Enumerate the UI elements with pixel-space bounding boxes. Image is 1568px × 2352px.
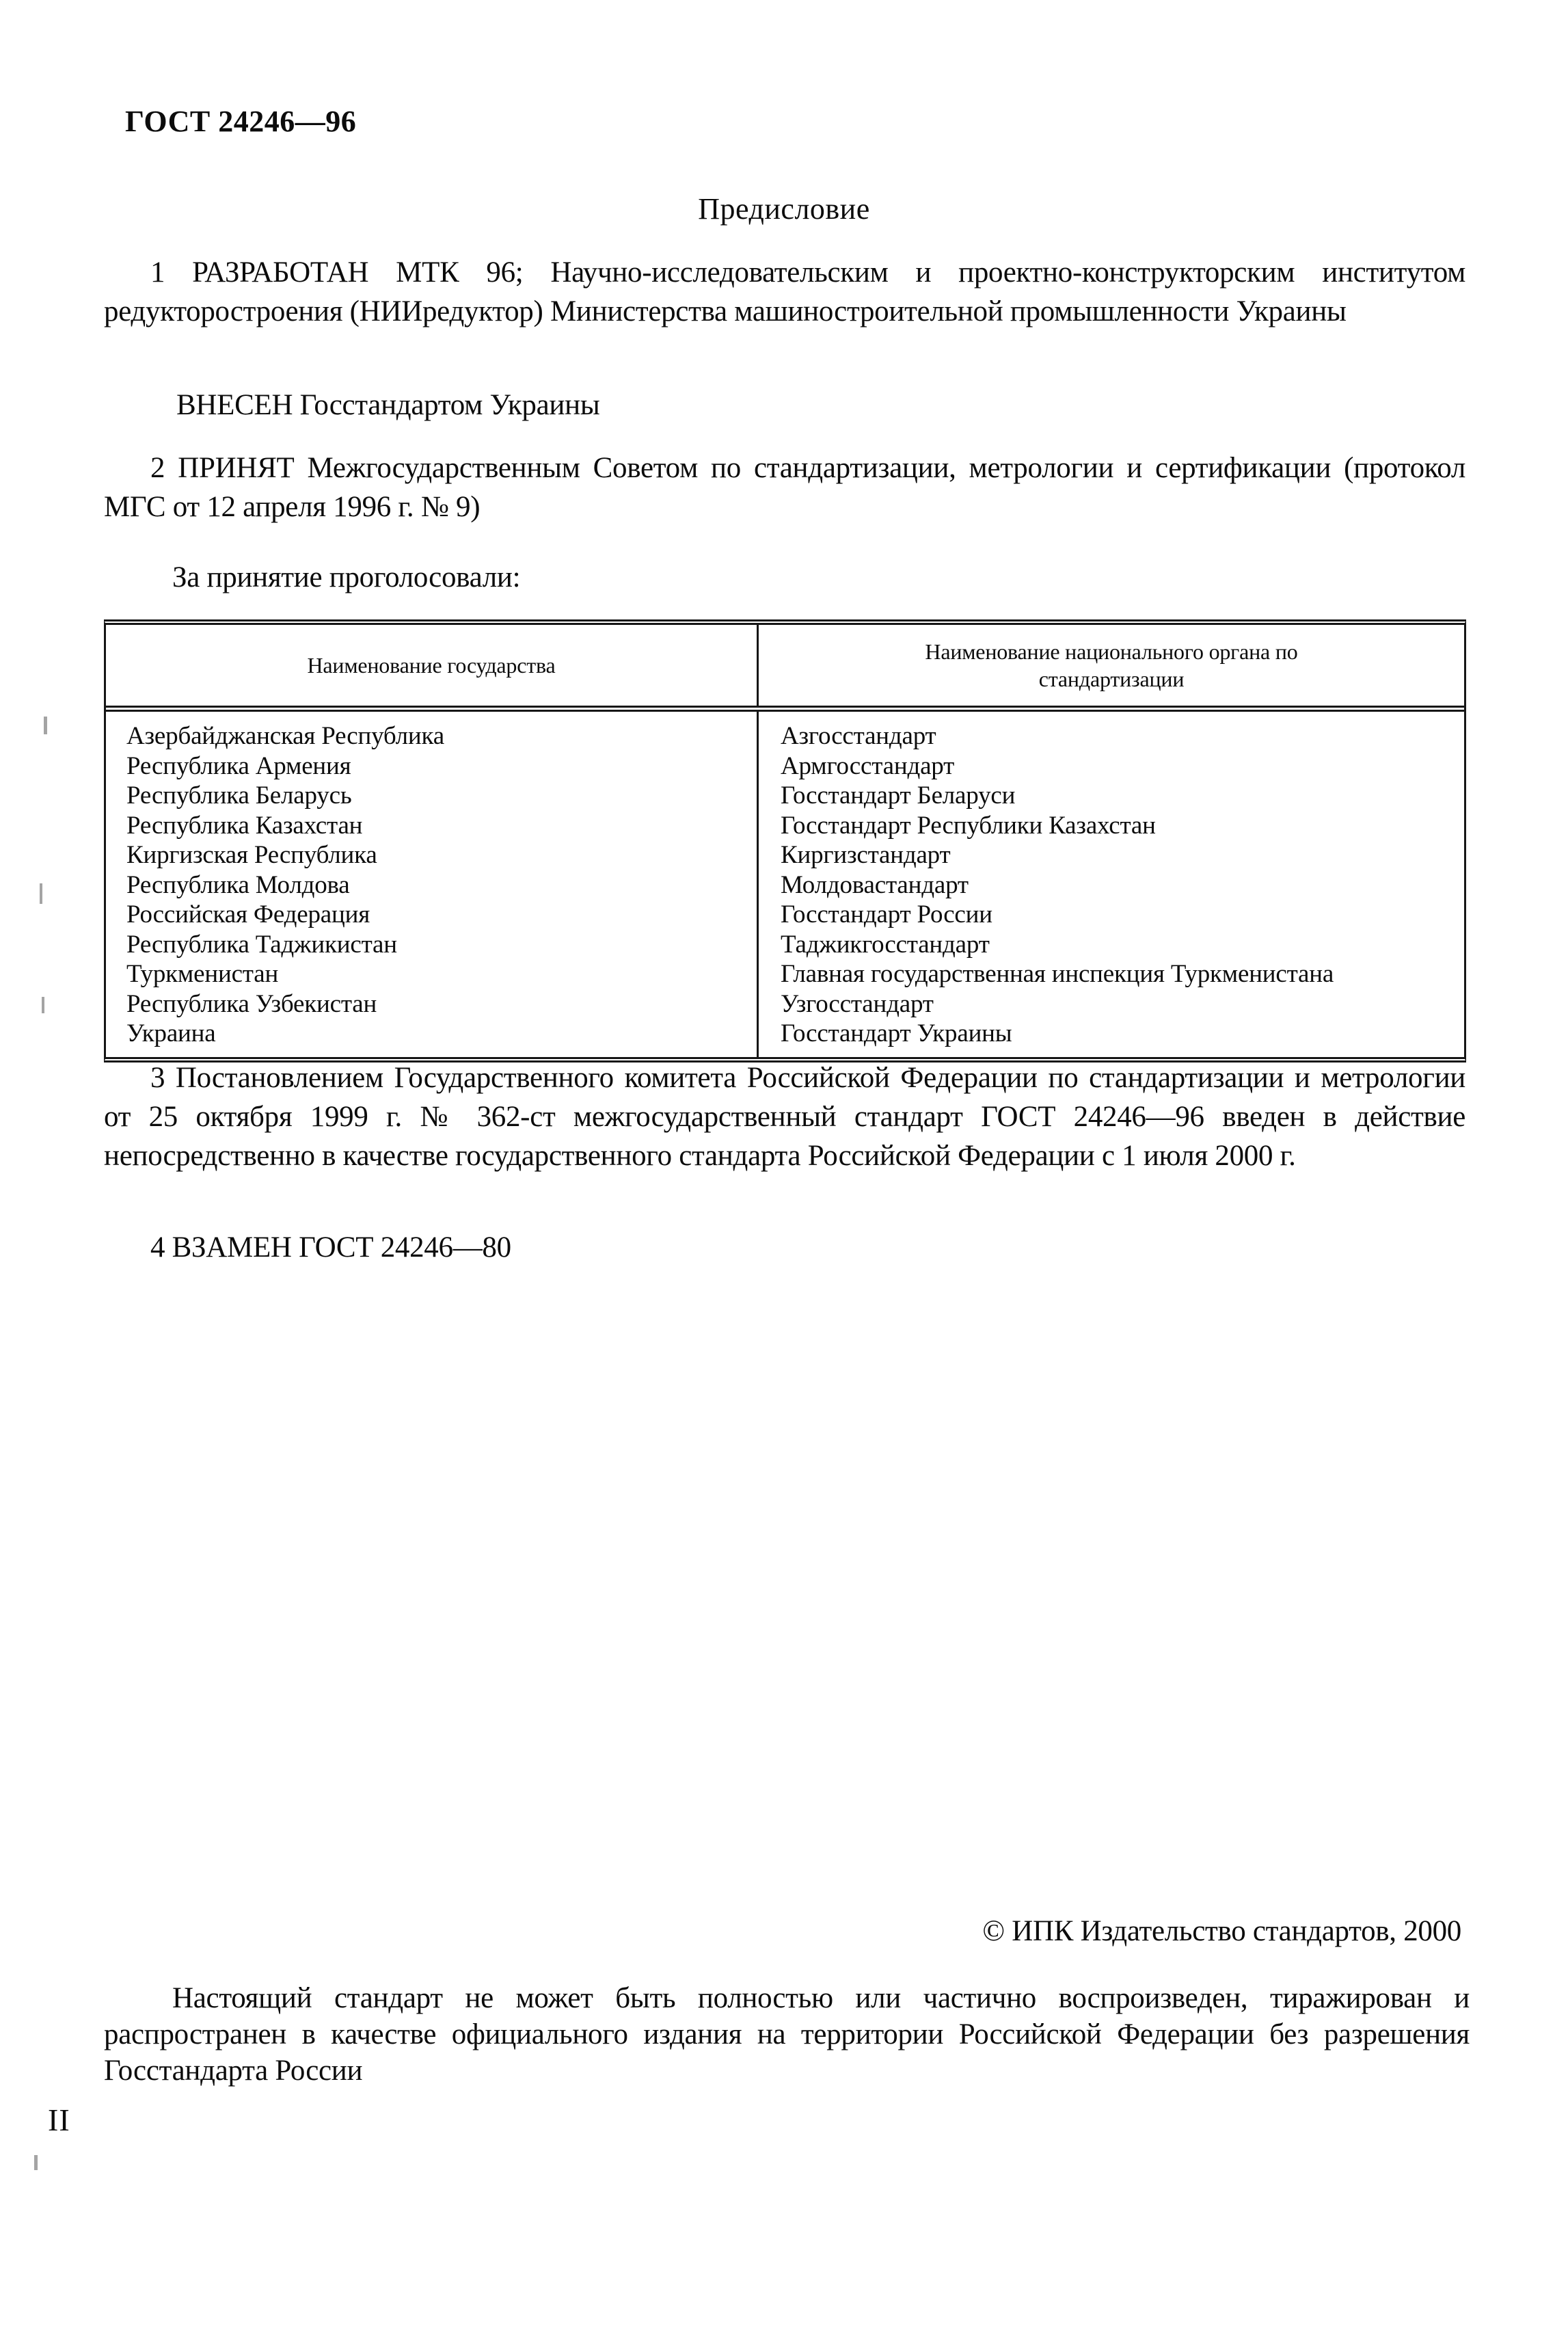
country-cell: Российская Федерация	[106, 900, 757, 930]
table-row: Главная государственная инспекция Туркме…	[759, 959, 1464, 989]
paragraph-enactment: 3 Постановлением Государственного комите…	[104, 1058, 1465, 1175]
table-row: Республика Казахстан	[106, 811, 757, 841]
table-row: Республика Молдова	[106, 870, 757, 900]
table-header-row: Наименование государства Наименование на…	[106, 625, 1464, 712]
copyright-line: © ИПК Издательство стандартов, 2000	[104, 1914, 1461, 1948]
table-row: Узгосстандарт	[759, 989, 1464, 1019]
country-cell: Украина	[106, 1019, 757, 1049]
agency-column: Азгосстандарт Армгосстандарт Госстандарт…	[759, 712, 1464, 1057]
table-body: Азербайджанская Республика Республика Ар…	[106, 712, 1464, 1057]
table-row: Киргизская Республика	[106, 840, 757, 870]
scan-artifact	[34, 2155, 38, 2170]
paragraph-replaces: 4 ВЗАМЕН ГОСТ 24246—80	[150, 1231, 511, 1264]
agency-cell: Азгосстандарт	[759, 721, 936, 751]
table-row: Госстандарт России	[759, 900, 1464, 930]
table-row: Армгосстандарт	[759, 751, 1464, 781]
paragraph-submitted-by: ВНЕСЕН Госстандартом Украины	[176, 388, 599, 422]
country-column: Азербайджанская Республика Республика Ар…	[106, 712, 759, 1057]
agency-cell: Узгосстандарт	[759, 989, 934, 1019]
country-cell: Республика Узбекистан	[106, 989, 757, 1019]
table-row: Таджикгосстандарт	[759, 930, 1464, 960]
country-cell: Киргизская Республика	[106, 840, 757, 870]
scanned-document-page: ГОСТ 24246—96 Предисловие 1 РАЗРАБОТАН М…	[0, 0, 1568, 2352]
table-row: Молдовастандарт	[759, 870, 1464, 900]
agency-cell: Армгосстандарт	[759, 751, 954, 781]
agency-cell: Госстандарт Украины	[759, 1019, 1012, 1049]
agency-cell: Главная государственная инспекция Туркме…	[759, 959, 1334, 989]
paragraph-developed-by: 1 РАЗРАБОТАН МТК 96; Научно-исследовател…	[104, 253, 1465, 331]
column-header-agency: Наименование национального органа по ста…	[759, 625, 1464, 706]
paragraph-adopted-by: 2 ПРИНЯТ Межгосударственным Советом по с…	[104, 449, 1465, 526]
column-header-country: Наименование государства	[106, 625, 759, 706]
country-cell: Республика Молдова	[106, 870, 757, 900]
country-cell: Туркменистан	[106, 959, 757, 989]
vote-intro-line: За принятие проголосовали:	[172, 561, 520, 594]
country-cell: Азербайджанская Республика	[106, 721, 757, 751]
table-row: Украина	[106, 1019, 757, 1049]
document-code: ГОСТ 24246—96	[125, 104, 356, 139]
table-row: Азгосстандарт	[759, 721, 1464, 751]
table-row: Туркменистан	[106, 959, 757, 989]
table-row: Госстандарт Беларуси	[759, 781, 1464, 811]
country-cell: Республика Таджикистан	[106, 930, 757, 960]
table-row: Республика Армения	[106, 751, 757, 781]
agency-cell: Таджикгосстандарт	[759, 930, 990, 960]
table-row: Госстандарт Украины	[759, 1019, 1464, 1049]
country-cell: Республика Беларусь	[106, 781, 757, 811]
column-header-agency-label: Наименование национального органа по ста…	[893, 638, 1330, 693]
agency-cell: Молдовастандарт	[759, 870, 969, 900]
table-row: Республика Беларусь	[106, 781, 757, 811]
table-row: Республика Таджикистан	[106, 930, 757, 960]
page-number: II	[48, 2102, 70, 2138]
agency-cell: Киргизстандарт	[759, 840, 950, 870]
agency-cell: Госстандарт Республики Казахстан	[759, 811, 1156, 841]
column-header-country-label: Наименование государства	[307, 652, 555, 679]
scan-artifact	[44, 717, 47, 734]
page-title: Предисловие	[104, 191, 1464, 226]
scan-artifact	[40, 883, 42, 904]
agency-cell: Госстандарт Беларуси	[759, 781, 1015, 811]
table-row: Российская Федерация	[106, 900, 757, 930]
table-row: Азербайджанская Республика	[106, 721, 757, 751]
agency-cell: Госстандарт России	[759, 900, 992, 930]
table-row: Киргизстандарт	[759, 840, 1464, 870]
reproduction-notice: Настоящий стандарт не может быть полност…	[104, 1980, 1470, 2089]
voting-countries-table: Наименование государства Наименование на…	[104, 619, 1466, 1063]
country-cell: Республика Казахстан	[106, 811, 757, 841]
country-cell: Республика Армения	[106, 751, 757, 781]
scan-artifact	[42, 997, 44, 1013]
table-row: Госстандарт Республики Казахстан	[759, 811, 1464, 841]
table-row: Республика Узбекистан	[106, 989, 757, 1019]
